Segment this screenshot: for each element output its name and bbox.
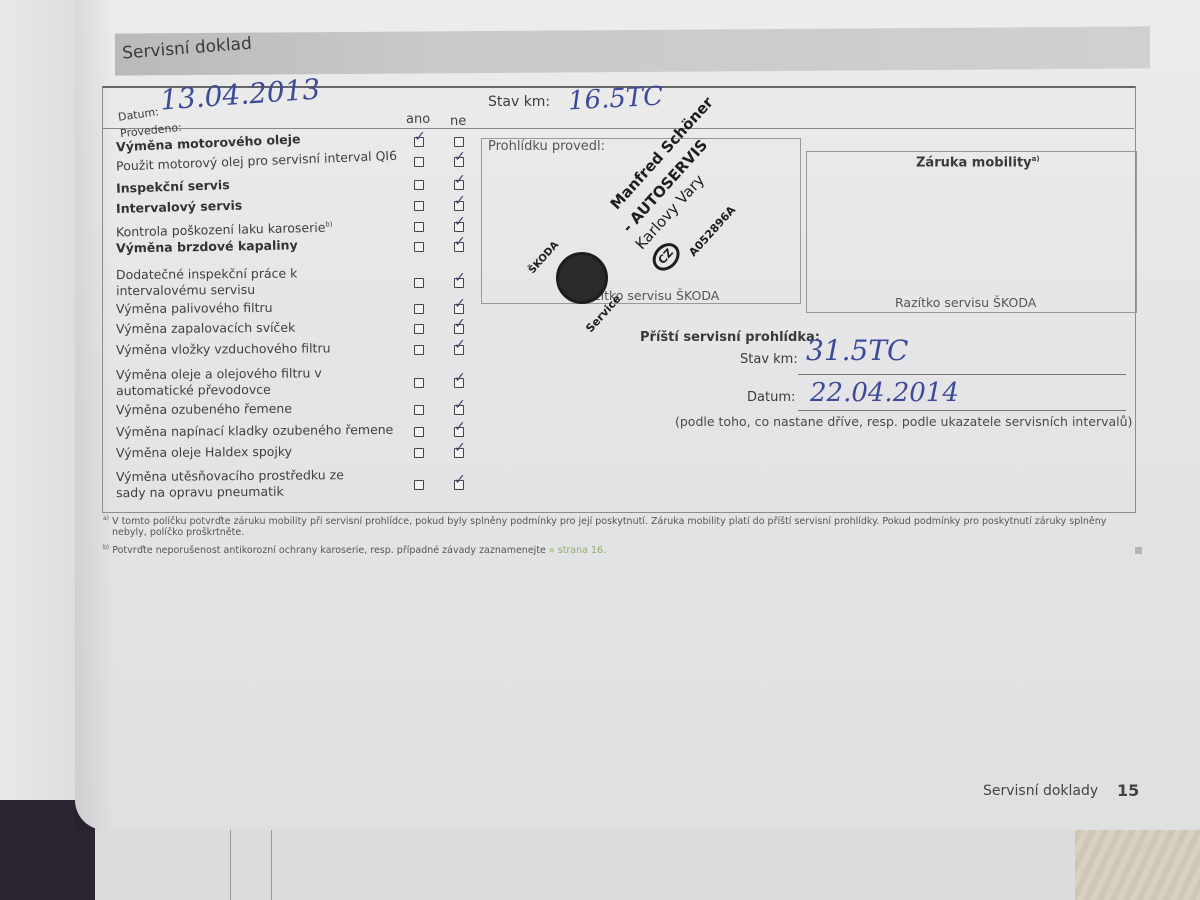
next-date-value[interactable]: 22.04.2014 xyxy=(810,378,959,408)
next-km-line xyxy=(798,374,1126,375)
checkbox-yes[interactable] xyxy=(414,480,424,490)
title-bar: Servisní doklad xyxy=(115,26,1150,75)
km-value[interactable]: 16.5TC xyxy=(567,82,664,117)
checkbox-no[interactable] xyxy=(454,157,464,167)
checkbox-yes[interactable] xyxy=(414,242,424,252)
checkbox-yes[interactable] xyxy=(414,180,424,190)
checklist-item-label: Výměna vložky vzduchového filtru xyxy=(116,340,406,359)
checkbox-no[interactable] xyxy=(454,405,464,415)
footnote-a: a) V tomto políčku potvrďte záruku mobil… xyxy=(103,515,1106,527)
checklist-item-label: Výměna napínací kladky ozubeného řemene xyxy=(116,422,406,441)
checkbox-no[interactable] xyxy=(454,427,464,437)
checkbox-no[interactable] xyxy=(454,448,464,458)
checkbox-no[interactable] xyxy=(454,304,464,314)
next-date-label: Datum: xyxy=(747,390,795,405)
footnote-a-cont: nebyly, políčko proškrtněte. xyxy=(112,527,244,538)
checkbox-no[interactable] xyxy=(454,137,464,147)
km-label: Stav km: xyxy=(488,94,550,110)
checklist-item-label: Výměna utěsňovacího prostředku ze sady n… xyxy=(116,467,376,501)
inspection-label: Prohlídku provedl: xyxy=(488,139,605,154)
checkbox-yes[interactable] xyxy=(414,304,424,314)
checkbox-yes[interactable] xyxy=(414,137,424,147)
checklist-item-label: Výměna ozubeného řemene xyxy=(116,400,406,419)
checkbox-no[interactable] xyxy=(454,201,464,211)
next-service-heading: Příští servisní prohlídka: xyxy=(640,330,820,345)
checklist-item-label: Dodatečné inspekční práce k intervalovém… xyxy=(116,265,376,299)
checkbox-yes[interactable] xyxy=(414,201,424,211)
checklist-item-label: Výměna zapalovacích svíček xyxy=(116,319,406,338)
checkbox-yes[interactable] xyxy=(414,345,424,355)
next-service-note: (podle toho, co nastane dříve, resp. pod… xyxy=(675,414,1132,429)
col-yes-header: ano xyxy=(406,112,430,127)
checkbox-yes[interactable] xyxy=(414,448,424,458)
page-link[interactable]: » strana 16. xyxy=(549,545,606,556)
checkbox-yes[interactable] xyxy=(414,427,424,437)
footnote-b: b) Potvrďte neporušenost antikorozní och… xyxy=(103,544,606,556)
checkbox-yes[interactable] xyxy=(414,378,424,388)
page-number: 15 xyxy=(1117,781,1139,800)
checkbox-yes[interactable] xyxy=(414,278,424,288)
checkbox-yes[interactable] xyxy=(414,324,424,334)
checkbox-no[interactable] xyxy=(454,278,464,288)
checklist-item-label: Výměna oleje a olejového filtru v automa… xyxy=(116,365,376,399)
mobility-box xyxy=(806,151,1137,313)
col-no-header: ne xyxy=(450,114,466,129)
mobility-title: Záruka mobilitya) xyxy=(916,155,1040,170)
end-mark xyxy=(1135,547,1142,554)
checkbox-no[interactable] xyxy=(454,378,464,388)
mobility-stamp-caption: Razítko servisu ŠKODA xyxy=(895,295,1036,310)
checkbox-no[interactable] xyxy=(454,242,464,252)
checkbox-no[interactable] xyxy=(454,222,464,232)
next-date-line xyxy=(798,410,1126,411)
checkbox-no[interactable] xyxy=(454,324,464,334)
checkbox-yes[interactable] xyxy=(414,222,424,232)
next-km-value[interactable]: 31.5TC xyxy=(806,334,908,367)
checkbox-no[interactable] xyxy=(454,180,464,190)
page-title: Servisní doklad xyxy=(122,34,253,64)
footer-section: Servisní doklady xyxy=(983,783,1098,799)
next-km-label: Stav km: xyxy=(740,352,798,367)
checkbox-no[interactable] xyxy=(454,480,464,490)
form-row-divider xyxy=(102,128,1134,129)
checkbox-yes[interactable] xyxy=(414,405,424,415)
checklist-item-label: Výměna oleje Haldex spojky xyxy=(116,443,406,462)
checklist-item-label: Výměna palivového filtru xyxy=(116,299,406,318)
checkbox-no[interactable] xyxy=(454,345,464,355)
underlying-table xyxy=(230,820,272,900)
checkbox-yes[interactable] xyxy=(414,157,424,167)
skoda-logo-icon xyxy=(556,252,608,304)
